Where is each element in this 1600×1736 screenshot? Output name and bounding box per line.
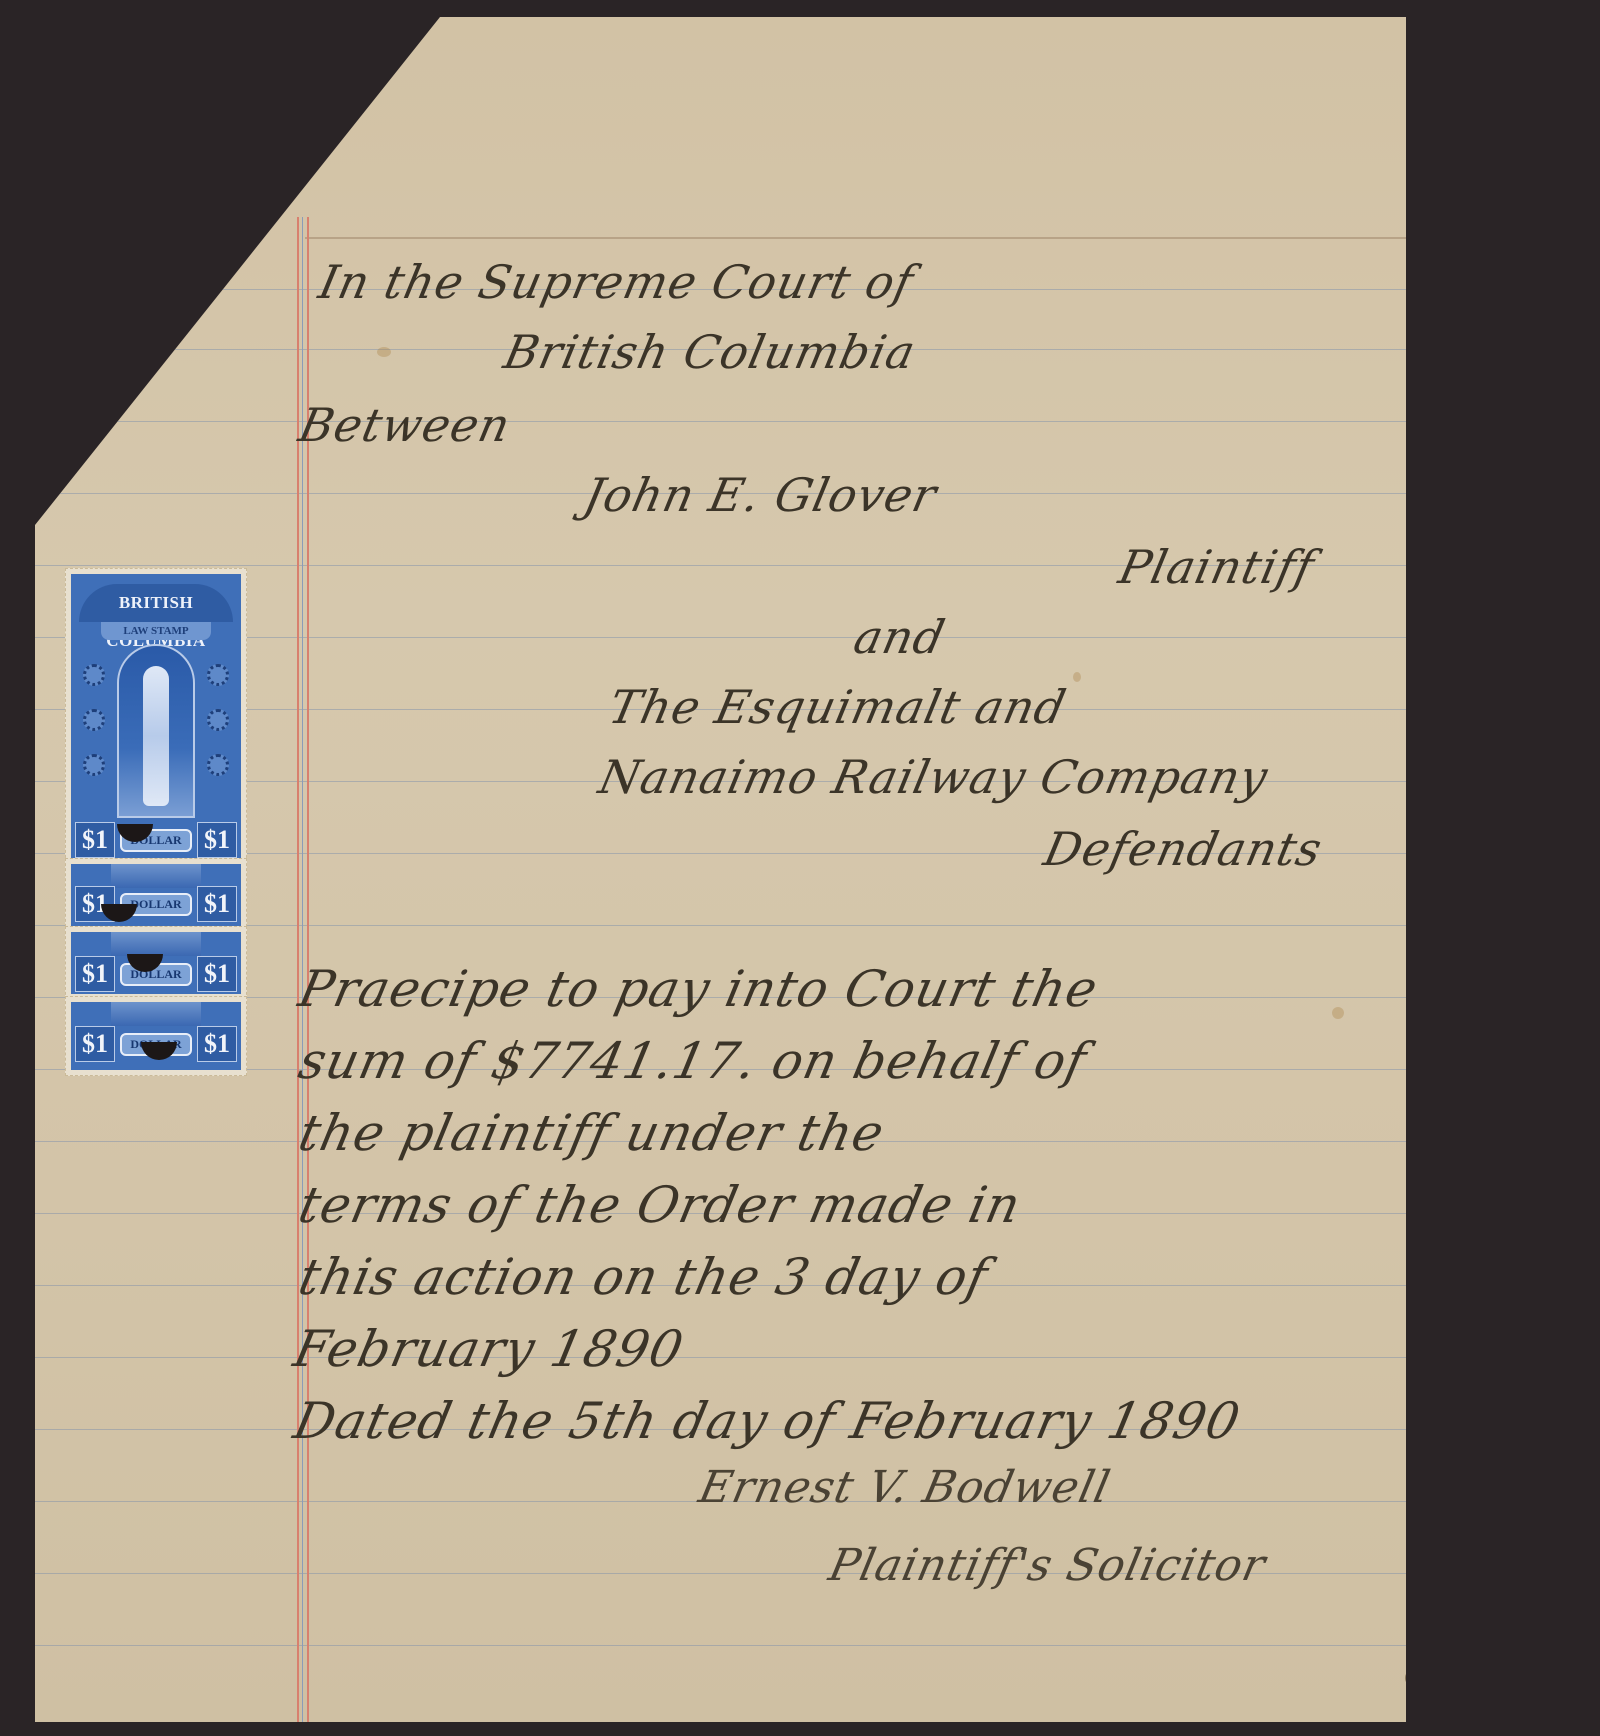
solicitor-role: Plaintiff's Solicitor	[825, 1540, 1271, 1591]
law-stamp-strip: $1 DOLLAR $1	[65, 996, 247, 1076]
between-label: Between	[294, 398, 515, 452]
body-line-4: terms of the Order made in	[294, 1176, 1026, 1234]
pin-hole	[1432, 57, 1439, 64]
body-line-2: sum of $7741.17. on behalf of	[294, 1032, 1092, 1090]
and-label: and	[849, 610, 950, 664]
body-line-5: this action on the 3 day of	[294, 1248, 994, 1306]
ruled-line	[35, 421, 1406, 422]
law-stamps-strip: BRITISH COLUMBIA LAW STAMP $1 DOLLAR $1 …	[65, 568, 247, 1076]
plaintiff-label: Plaintiff	[1114, 540, 1319, 594]
stamp-value-right: $1	[197, 1026, 237, 1062]
plaintiff-name: John E. Glover	[579, 468, 942, 522]
stamp-value-left: $1	[75, 822, 115, 858]
rosette-icon	[207, 664, 229, 686]
stamp-value-row: $1 DOLLAR $1	[75, 820, 237, 860]
stamp-niche	[117, 644, 195, 818]
stamp-value-right: $1	[197, 886, 237, 922]
rosette-icon	[83, 709, 105, 731]
stamp-value-left: $1	[75, 1026, 115, 1062]
rosette-icon	[83, 664, 105, 686]
foxing-spot	[1332, 1007, 1344, 1019]
dated-line: Dated the 5th day of February 1890	[289, 1392, 1246, 1450]
law-stamp-strip: $1 DOLLAR $1	[65, 858, 247, 932]
defendant-label: Defendants	[1039, 822, 1327, 876]
stamp-strip-art	[111, 1002, 201, 1026]
ruled-line	[35, 1357, 1406, 1358]
defendant-line-2: Nanaimo Railway Company	[594, 750, 1273, 804]
rosette-icon	[207, 754, 229, 776]
stamp-value-right: $1	[197, 956, 237, 992]
law-stamp-strip: $1 DOLLAR $1	[65, 926, 247, 1000]
foxing-spot	[1073, 672, 1081, 682]
foxing-spot	[377, 347, 391, 357]
paper-fold	[305, 237, 1406, 239]
stamp-title: BRITISH COLUMBIA	[79, 584, 233, 622]
law-stamp-main: BRITISH COLUMBIA LAW STAMP $1 DOLLAR $1	[65, 568, 247, 868]
foxing-spot	[1405, 1673, 1410, 1683]
stamp-strip-art	[111, 932, 201, 956]
rosette-icon	[83, 754, 105, 776]
defendant-line-1: The Esquimalt and	[604, 680, 1071, 734]
body-line-3: the plaintiff under the	[294, 1104, 890, 1162]
rosette-icon	[207, 709, 229, 731]
ruled-line	[35, 1645, 1406, 1646]
justice-figure-icon	[143, 666, 169, 806]
stamp-value-row: $1 DOLLAR $1	[75, 884, 237, 924]
solicitor-signature: Ernest V. Bodwell	[695, 1462, 1116, 1513]
heading-court-line-2: British Columbia	[499, 325, 920, 379]
heading-court-line-1: In the Supreme Court of	[314, 255, 918, 309]
stamp-subtitle: LAW STAMP	[101, 622, 211, 640]
body-line-6: February 1890	[289, 1320, 689, 1378]
stamp-value-left: $1	[75, 956, 115, 992]
stamp-value-right: $1	[197, 822, 237, 858]
body-line-1: Praecipe to pay into Court the	[294, 960, 1103, 1018]
